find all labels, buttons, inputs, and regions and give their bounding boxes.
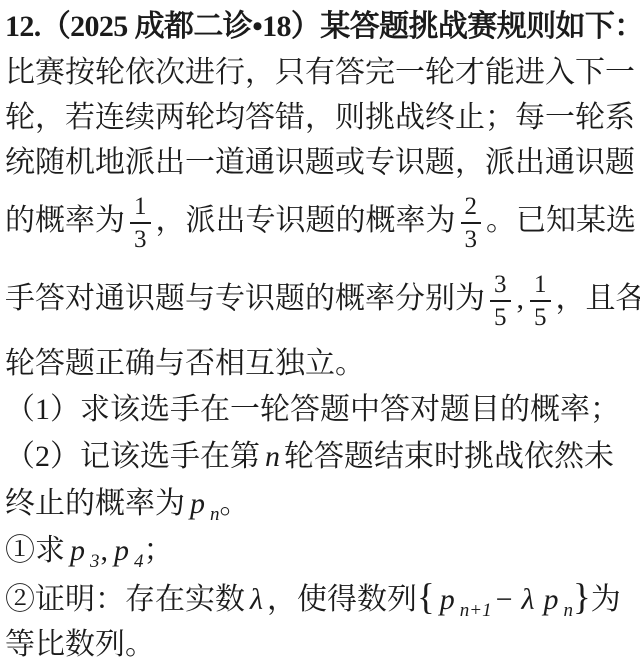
math-variable: p xyxy=(190,487,205,520)
problem-line: 的概率为13，派出专识题的概率为23。已知某选 xyxy=(5,185,638,257)
comma-separator: , xyxy=(517,282,525,315)
subquestion-2-line: ②证明：存在实数λ，使得数列{pn+1−λpn}为 xyxy=(5,574,638,621)
math-subscript: 3 xyxy=(90,551,100,572)
problem-line: 比赛按轮依次进行，只有答完一轮才能进入下一 xyxy=(5,50,638,95)
fraction-denominator: 3 xyxy=(134,224,147,253)
text-run: 等比数列。 xyxy=(5,628,155,661)
math-variable: p xyxy=(114,534,129,567)
problem-heading-line: 12.（2025 成都二诊•18）某答题挑战赛规则如下： xyxy=(5,3,638,50)
text-run: 手答对通识题与专识题的概率分别为 xyxy=(5,282,485,315)
document-page: 12.（2025 成都二诊•18）某答题挑战赛规则如下： 比赛按轮依次进行，只有… xyxy=(0,0,640,665)
fraction-numerator: 3 xyxy=(490,271,511,302)
math-term: pn xyxy=(185,487,220,520)
fraction: 13 xyxy=(130,193,151,253)
math-term: pn+1 xyxy=(435,583,492,616)
text-run: （1）求该选手在一轮答题中答对题目的概率； xyxy=(5,393,620,426)
minus-operator: − xyxy=(496,583,513,616)
math-variable: p xyxy=(70,534,85,567)
math-term: pn xyxy=(539,583,574,616)
text-run: 轮答题正确与否相互独立。 xyxy=(5,347,365,380)
text-run: ； xyxy=(144,534,174,567)
text-run: 。 xyxy=(220,487,250,520)
fraction-denominator: 3 xyxy=(465,224,478,253)
question-1-line: （1）求该选手在一轮答题中答对题目的概率； xyxy=(5,386,638,433)
text-run: 为 xyxy=(591,583,621,616)
text-run: 12.（2025 成都二诊•18）某答题挑战赛规则如下： xyxy=(5,10,640,43)
math-variable: λ xyxy=(250,583,263,616)
text-run: 的概率为 xyxy=(5,204,125,237)
text-run: 轮答题结束时挑战依然未 xyxy=(284,440,614,473)
fraction-denominator: 5 xyxy=(494,302,507,331)
fraction-numerator: 2 xyxy=(461,193,482,224)
text-run: ，且各 xyxy=(556,282,640,315)
text-run: 终止的概率为 xyxy=(5,487,185,520)
math-variable: n xyxy=(265,440,280,473)
math-subscript: n xyxy=(564,600,574,621)
fraction-denominator: 5 xyxy=(534,302,547,331)
question-2-line: 终止的概率为pn。 xyxy=(5,480,638,527)
fraction-numerator: 1 xyxy=(130,193,151,224)
text-run: （2）记该选手在第 xyxy=(5,440,260,473)
question-2-line: （2）记该选手在第n轮答题结束时挑战依然未 xyxy=(5,433,638,480)
subquestion-2-line: 等比数列。 xyxy=(5,621,638,665)
fraction: 35 xyxy=(490,271,511,331)
problem-line: 轮，若连续两轮均答错，则挑战终止；每一轮系 xyxy=(5,95,638,140)
text-run: ①求 xyxy=(5,534,65,567)
subquestion-1-line: ①求p3,p4； xyxy=(5,527,638,574)
comma-separator: , xyxy=(101,534,109,567)
fraction-numerator: 1 xyxy=(530,271,551,302)
text-run: 。已知某选 xyxy=(486,204,636,237)
math-variable: λ xyxy=(522,583,535,616)
math-subscript: 4 xyxy=(134,551,144,572)
text-run: 轮，若连续两轮均答错，则挑战终止；每一轮系 xyxy=(5,101,635,134)
math-subscript: n+1 xyxy=(460,600,492,621)
math-term: p4 xyxy=(109,534,144,567)
math-variable: p xyxy=(544,583,559,616)
math-variable: p xyxy=(440,583,455,616)
right-brace: } xyxy=(573,577,591,618)
math-term: p3 xyxy=(65,534,100,567)
problem-line: 轮答题正确与否相互独立。 xyxy=(5,341,638,386)
left-brace: { xyxy=(417,577,435,618)
fraction: 23 xyxy=(461,193,482,253)
text-run: ，使得数列 xyxy=(267,583,417,616)
math-subscript: n xyxy=(210,504,220,525)
fraction: 15 xyxy=(530,271,551,331)
text-run: 比赛按轮依次进行，只有答完一轮才能进入下一 xyxy=(5,56,635,89)
problem-line: 手答对通识题与专识题的概率分别为35,15，且各 xyxy=(5,257,638,341)
text-run: ，派出专识题的概率为 xyxy=(156,204,456,237)
text-run: 统随机地派出一道通识题或专识题，派出通识题 xyxy=(5,146,635,179)
problem-line: 统随机地派出一道通识题或专识题，派出通识题 xyxy=(5,140,638,185)
text-run: ②证明：存在实数 xyxy=(5,583,245,616)
